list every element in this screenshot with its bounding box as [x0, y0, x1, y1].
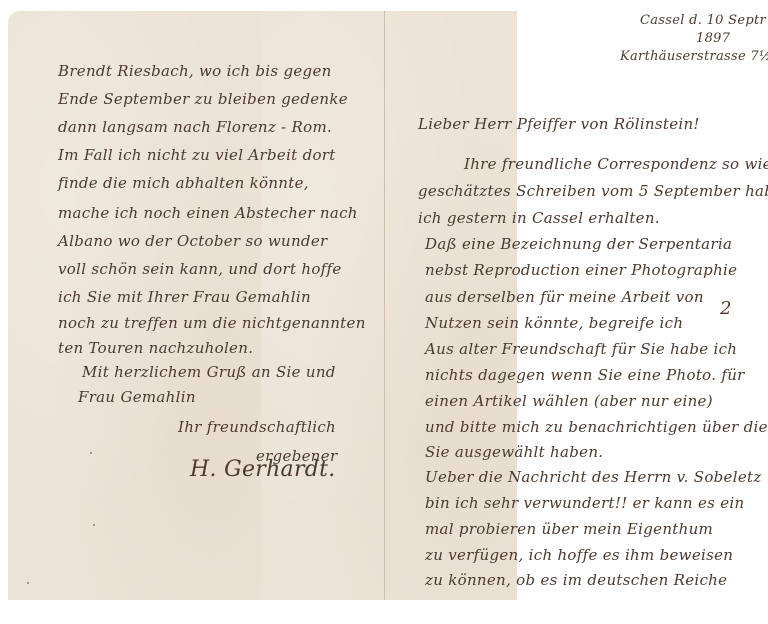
text-line: finde die mich abhalten könnte,: [58, 169, 309, 197]
page-fold: [384, 11, 385, 600]
text-line: Daß eine Bezeichnung der Serpentaria: [425, 230, 732, 258]
place-date: Cassel d. 10 Septr: [640, 12, 766, 29]
text-line: zu verfügen, ich hoffe es ihm beweisen: [425, 541, 733, 569]
signature: H. Gerhardt.: [190, 450, 336, 490]
text-line: Albano wo der October so wunder: [58, 227, 327, 255]
text-line: dann langsam nach Florenz - Rom.: [58, 113, 332, 141]
text-line: aus derselben für meine Arbeit von: [425, 283, 704, 311]
text-line: zu können, ob es im deutschen Reiche: [425, 566, 727, 594]
paper-speck: [93, 524, 95, 526]
text-line: nichts dagegen wenn Sie eine Photo. für: [425, 361, 745, 389]
text-line: Ueber die Nachricht des Herrn v. Sobelet…: [425, 463, 762, 491]
text-line: geschätztes Schreiben vom 5 September ha…: [418, 177, 768, 205]
text-line: noch zu treffen um die nichtgenannten: [58, 309, 366, 337]
margin-note: 2: [720, 300, 732, 317]
valediction-1: Ihr freundschaftlich: [178, 413, 336, 441]
text-line: Aus alter Freundschaft für Sie habe ich: [425, 335, 737, 363]
text-line: voll schön sein kann, und dort hoffe: [58, 255, 342, 283]
text-line: Ende September zu bleiben gedenke: [58, 85, 348, 113]
text-line: Nutzen sein könnte, begreife ich: [425, 309, 683, 337]
text-line: Sie ausgewählt haben.: [425, 438, 603, 466]
address: Karthäuserstrasse 7½: [620, 48, 768, 65]
text-line: bin ich sehr verwundert!! er kann es ein: [425, 489, 744, 517]
paper-speck: [90, 452, 92, 454]
text-line: mache ich noch einen Abstecher nach: [58, 199, 358, 227]
closing-greeting-1: Mit herzlichem Gruß an Sie und: [82, 358, 336, 386]
text-line: ich gestern in Cassel erhalten.: [418, 204, 660, 232]
salutation: Lieber Herr Pfeiffer von Rölinstein!: [418, 110, 700, 138]
text-line: und bitte mich zu benachrichtigen über d…: [425, 413, 768, 441]
text-line: einen Artikel wählen (aber nur eine): [425, 387, 713, 415]
text-line: Ihre freundliche Correspondenz so wie Ih…: [464, 150, 768, 178]
year: 1897: [696, 30, 730, 47]
paper-speck: [27, 582, 29, 584]
text-line: nebst Reproduction einer Photographie: [425, 256, 737, 284]
text-line: Brendt Riesbach, wo ich bis gegen: [58, 57, 332, 85]
text-line: Im Fall ich nicht zu viel Arbeit dort: [58, 141, 336, 169]
text-line: mal probieren über mein Eigenthum: [425, 515, 713, 543]
text-line: ich Sie mit Ihrer Frau Gemahlin: [58, 283, 311, 311]
closing-greeting-2: Frau Gemahlin: [78, 383, 196, 411]
